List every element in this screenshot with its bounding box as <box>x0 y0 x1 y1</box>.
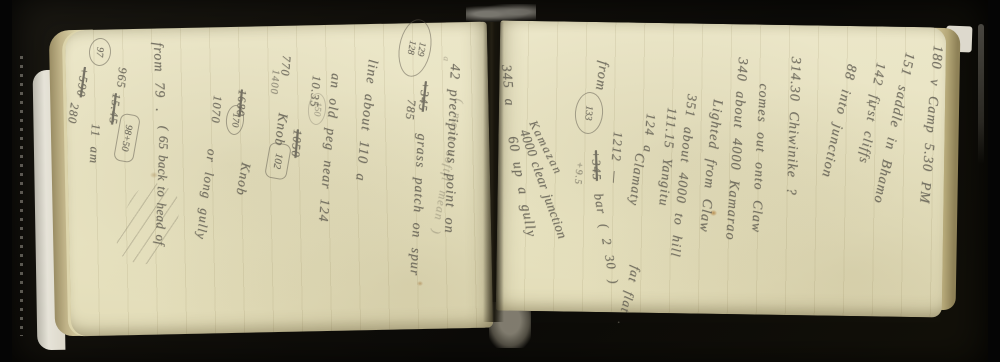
handwriting-line: from 79 . <box>149 42 167 113</box>
notebook-photo: ( mean softfl mean ) a 42 precipitous po… <box>0 0 1000 362</box>
circled-number-text: 150 <box>311 101 322 116</box>
circled-number-text: 97 <box>94 47 106 58</box>
handwriting-number: 1070 <box>208 95 225 125</box>
cover-stitching <box>20 56 23 336</box>
handwriting-superscript: a <box>442 56 452 62</box>
handwriting-number: 280 <box>64 102 82 125</box>
handwriting-plus-mark: + <box>861 98 877 108</box>
boxed-number-text: 102 <box>271 152 285 169</box>
circled-number-bottom: 128 <box>404 39 416 55</box>
handwriting-small-number: +9.5 <box>572 161 585 186</box>
handwriting-number: 785 <box>402 98 419 121</box>
handwriting-time: 11 am <box>86 123 103 164</box>
circled-number-text: 133 <box>583 105 595 121</box>
boxed-calculation-text: 98+50 <box>119 124 134 152</box>
circled-number-text: 170 <box>229 112 240 127</box>
handwriting-number: 1400 <box>268 69 281 95</box>
cover-edge-scuff <box>978 24 984 164</box>
foxing-speck <box>417 281 423 286</box>
handwriting-number: 965 <box>113 67 130 90</box>
handwriting-crossed-number: +345 <box>588 150 604 181</box>
